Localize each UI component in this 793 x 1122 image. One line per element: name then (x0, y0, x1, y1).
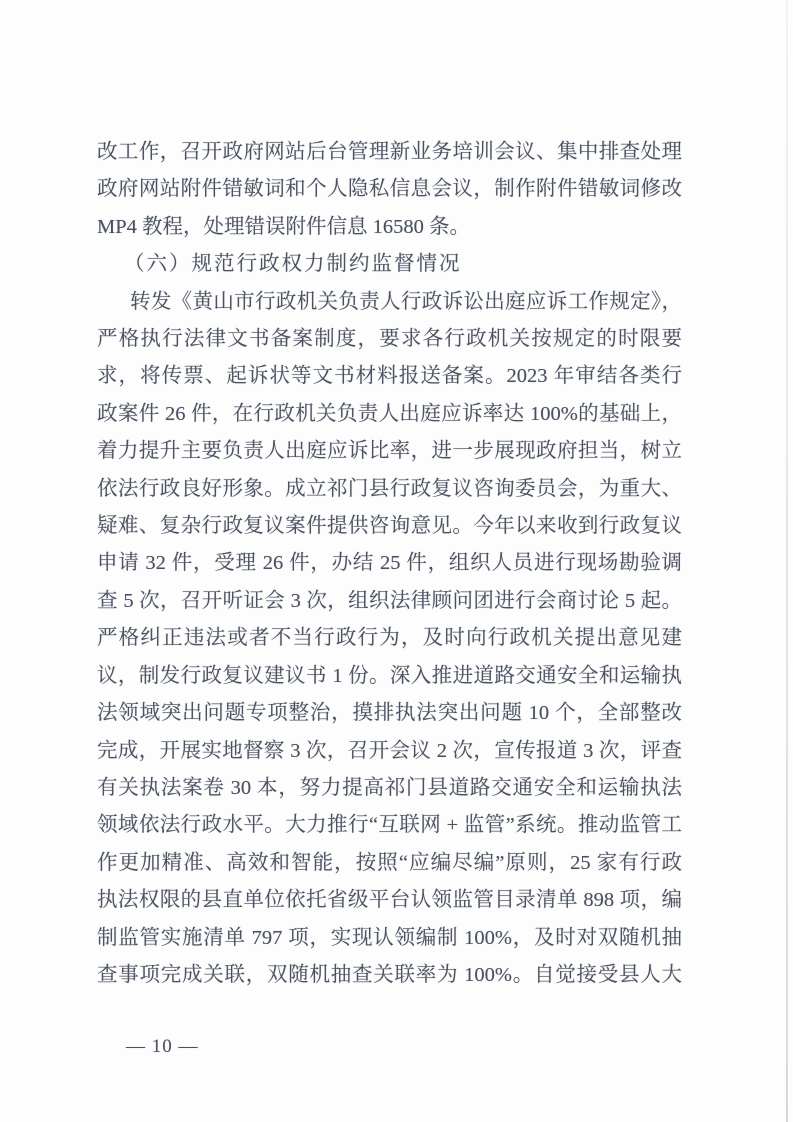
section-heading: （六）规范行政权力制约监督情况 (97, 246, 682, 283)
text-line: 法领域突出问题专项整治，摸排执法突出问题 10 个，全部整改 (97, 695, 682, 732)
scanned-document-page: 改工作，召开政府网站后台管理新业务培训会议、集中排查处理政府网站附件错敏词和个人… (0, 0, 793, 1122)
text-line: MP4 教程，处理错误附件信息 16580 条。 (97, 209, 682, 246)
text-line: 查事项完成关联，双随机抽查关联率为 100%。自觉接受县人大 (97, 957, 682, 994)
text-line: 领域依法行政水平。大力推行“互联网 + 监管”系统。推动监管工 (97, 807, 682, 844)
text-line: 政府网站附件错敏词和个人隐私信息会议，制作附件错敏词修改 (97, 171, 682, 208)
text-line: 转发《黄山市行政机关负责人行政诉讼出庭应诉工作规定》， (97, 284, 682, 321)
page-number: — 10 — (126, 1036, 199, 1058)
text-line: 查 5 次，召开听证会 3 次，组织法律顾问团进行会商讨论 5 起。 (97, 583, 682, 620)
text-line: 申请 32 件，受理 26 件，办结 25 件，组织人员进行现场勘验调 (97, 545, 682, 582)
text-line: 求，将传票、起诉状等文书材料报送备案。2023 年审结各类行 (97, 358, 682, 395)
text-lines: 改工作，召开政府网站后台管理新业务培训会议、集中排查处理政府网站附件错敏词和个人… (97, 134, 682, 994)
text-line: 依法行政良好形象。成立祁门县行政复议咨询委员会，为重大、 (97, 471, 682, 508)
text-line: 执法权限的县直单位依托省级平台认领监管目录清单 898 项，编 (97, 882, 682, 919)
text-line: 政案件 26 件，在行政机关负责人出庭应诉率达 100%的基础上， (97, 396, 682, 433)
text-line: 有关执法案卷 30 本，努力提高祁门县道路交通安全和运输执法 (97, 770, 682, 807)
text-line: 严格纠正违法或者不当行政行为，及时向行政机关提出意见建 (97, 620, 682, 657)
text-line: 改工作，召开政府网站后台管理新业务培训会议、集中排查处理 (97, 134, 682, 171)
text-line: 制监管实施清单 797 项，实现认领编制 100%，及时对双随机抽 (97, 920, 682, 957)
text-line: 严格执行法律文书备案制度，要求各行政机关按规定的时限要 (97, 321, 682, 358)
text-line: 议，制发行政复议建议书 1 份。深入推进道路交通安全和运输执 (97, 658, 682, 695)
text-line: 着力提升主要负责人出庭应诉比率，进一步展现政府担当，树立 (97, 433, 682, 470)
text-line: 疑难、复杂行政复议案件提供咨询意见。今年以来收到行政复议 (97, 508, 682, 545)
text-line: 作更加精准、高效和智能，按照“应编尽编”原则，25 家有行政 (97, 845, 682, 882)
scan-edge-line (786, 0, 788, 1122)
text-line: 完成，开展实地督察 3 次，召开会议 2 次，宣传报道 3 次，评查 (97, 733, 682, 770)
